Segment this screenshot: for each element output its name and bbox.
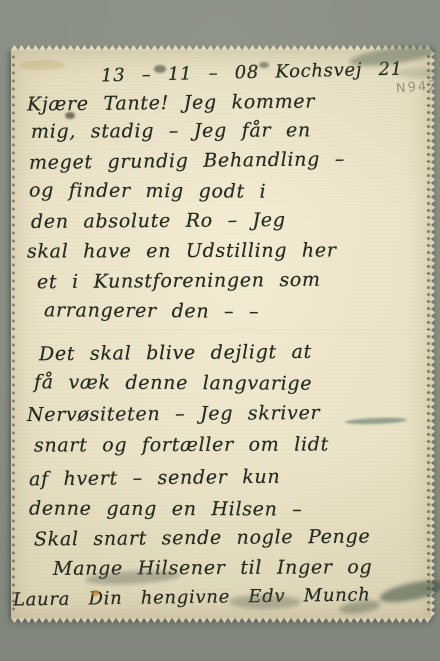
ink-blot [154, 65, 166, 73]
paint-spot [92, 590, 99, 596]
ink-smudge [229, 595, 301, 609]
photo-background: N942 13 – 11 – 08 Kochsvej 21 Kjære Tant… [0, 0, 440, 661]
handwriting-line: denne gang en Hilsen – [29, 498, 303, 521]
ink-blot [65, 112, 75, 119]
handwriting-line: Nervøsiteten – Jeg skriver [27, 402, 320, 426]
handwriting-line: mig, stadig – Jeg får en [31, 119, 311, 142]
handwriting-line: skal have en Udstilling her [27, 239, 337, 262]
pencil-smudge [19, 60, 65, 70]
handwriting-line: Det skal blive dejligt at [39, 341, 312, 365]
ink-smudge [396, 68, 440, 78]
right-perforated-edge [431, 50, 435, 618]
handwriting-line: få væk denne langvarige [34, 371, 312, 394]
handwriting-line: Skal snart sende nogle Penge [34, 526, 371, 551]
handwriting-line: den absolute Ro – Jeg [31, 209, 286, 233]
handwriting-line: arrangerer den – – [44, 299, 259, 323]
handwriting-line: meget grundig Behandling – [29, 148, 345, 174]
handwriting-line-signature: Laura Din hengivne Edv Munch [13, 585, 371, 611]
handwriting-line: et i Kunstforeningen som [37, 269, 321, 293]
handwriting-line: og finder mig godt i [29, 179, 266, 202]
handwriting-line: snart og fortæller om lidt [34, 433, 329, 456]
bottom-perforated-edge [11, 618, 431, 623]
handwriting-line: af hvert – sender kun [29, 466, 281, 491]
letter-card: N942 13 – 11 – 08 Kochsvej 21 Kjære Tant… [11, 50, 431, 618]
ink-blot [259, 62, 269, 68]
handwriting: 13 – 11 – 08 Kochsvej 21 Kjære Tante! Je… [11, 50, 431, 618]
